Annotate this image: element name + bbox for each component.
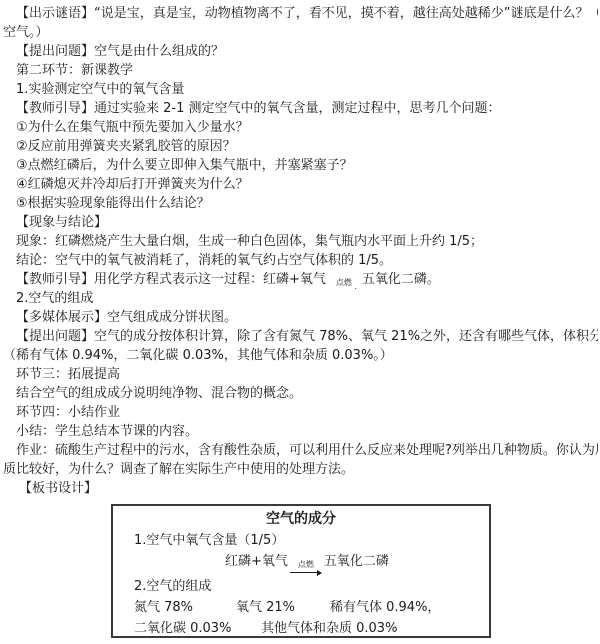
summary-line: 小结：学生总结本节课的内容。 — [3, 422, 598, 441]
air-composition-heading: 2.空气的组成 — [3, 289, 598, 308]
board-item-air-composition: 2.空气的组成 — [113, 576, 489, 597]
gas-oxygen: 氧气 21% — [236, 597, 330, 618]
riddle-answer-line: 空气。） — [3, 23, 598, 42]
section-four-heading: 环节四：小结作业 — [3, 403, 598, 422]
experiment-heading: 1.实验测定空气中的氧气含量 — [3, 80, 598, 99]
composition-question-line: 【提出问题】空气的成分按体积计算，除了含有氮气 78%、氧气 21%之外，还含有… — [3, 327, 598, 346]
equation-reactants: 红磷+氧气 — [225, 554, 288, 569]
multimedia-line: 【多媒体展示】空气组成成分饼状图。 — [3, 308, 598, 327]
reaction-arrow: 点燃 — [290, 561, 322, 576]
homework-line-2: 质比较好，为什么？调查了解在实际生产中使用的处理方法。 — [3, 460, 598, 479]
question-item-2: ②反应前用弹簧夹夹紧乳胶管的原因？ — [3, 137, 598, 156]
gas-other: 其他气体和杂质 0.03% — [261, 621, 397, 636]
board-design-heading: 【板书设计】 — [3, 479, 598, 498]
gas-nitrogen: 氮气 78% — [134, 597, 236, 618]
gas-rare: 稀有气体 0.94%， — [330, 600, 440, 615]
reaction-arrow: 点燃 — [328, 279, 360, 289]
board-title: 空气的成分 — [113, 509, 489, 530]
conclusion-line: 结论：空气中的氧气被消耗了，消耗的氧气约占空气体积的 1/5。 — [3, 251, 598, 270]
equation-suffix: 五氧化二磷。 — [362, 272, 440, 287]
question-item-1: ①为什么在集气瓶中预先要加入少量水？ — [3, 118, 598, 137]
phenomenon-conclusion-heading: 【现象与结论】 — [3, 213, 598, 232]
board-design-box: 空气的成分 1.空气中氧气含量（1/5） 红磷+氧气点燃五氧化二磷 2.空气的组… — [111, 504, 491, 638]
board-gas-row-2: 二氧化碳 0.03%其他气体和杂质 0.03% — [113, 618, 489, 638]
board-item-oxygen-content: 1.空气中氧气含量（1/5） — [113, 530, 489, 551]
question-item-4: ④红磷熄灭并冷却后打开弹簧夹为什么？ — [3, 175, 598, 194]
phenomenon-line: 现象：红磷燃烧产生大量白烟，生成一种白色固体，集气瓶内水平面上升约 1/5； — [3, 232, 598, 251]
lesson-plan-document: 【出示谜语】“说是宝，真是宝，动物植物离不了，看不见，摸不着，越往高处越稀少”谜… — [0, 0, 600, 644]
question-item-3: ③点燃红磷后，为什么要立即伸入集气瓶中，并塞紧塞子？ — [3, 156, 598, 175]
chem-equation-line: 【教师引导】用化学方程式表示这一过程：红磷+氧气点燃五氧化二磷。 — [3, 270, 598, 289]
reaction-condition: 点燃 — [298, 561, 314, 569]
question-item-5: ⑤根据实验现象能得出什么结论？ — [3, 194, 598, 213]
teacher-guide-line: 【教师引导】通过实验来 2-1 测定空气中的氧气含量，测定过程中，思考几个问题： — [3, 99, 598, 118]
concept-line: 结合空气的组成成分说明纯净物、混合物的概念。 — [3, 384, 598, 403]
equation-prefix: 【教师引导】用化学方程式表示这一过程：红磷+氧气 — [16, 272, 326, 287]
board-equation: 红磷+氧气点燃五氧化二磷 — [113, 551, 489, 576]
reaction-arrow-icon — [328, 287, 360, 289]
reaction-arrow-icon — [290, 569, 322, 576]
composition-answer-line: （稀有气体 0.94%，二氧化碳 0.03%，其他气体和杂质 0.03%。） — [3, 346, 598, 365]
section-two-heading: 第二环节：新课教学 — [3, 61, 598, 80]
question-line: 【提出问题】空气是由什么组成的？ — [3, 42, 598, 61]
riddle-line: 【出示谜语】“说是宝，真是宝，动物植物离不了，看不见，摸不着，越往高处越稀少”谜… — [3, 4, 598, 23]
reaction-condition: 点燃 — [336, 279, 352, 287]
gas-co2: 二氧化碳 0.03% — [134, 618, 261, 638]
homework-line-1: 作业：硫酸生产过程中的污水，含有酸性杂质，可以利用什么反应来处理呢?列举出几种物… — [3, 441, 598, 460]
board-gas-row-1: 氮气 78%氧气 21%稀有气体 0.94%， — [113, 597, 489, 618]
section-three-heading: 环节三：拓展提高 — [3, 365, 598, 384]
equation-product: 五氧化二磷 — [324, 554, 389, 569]
